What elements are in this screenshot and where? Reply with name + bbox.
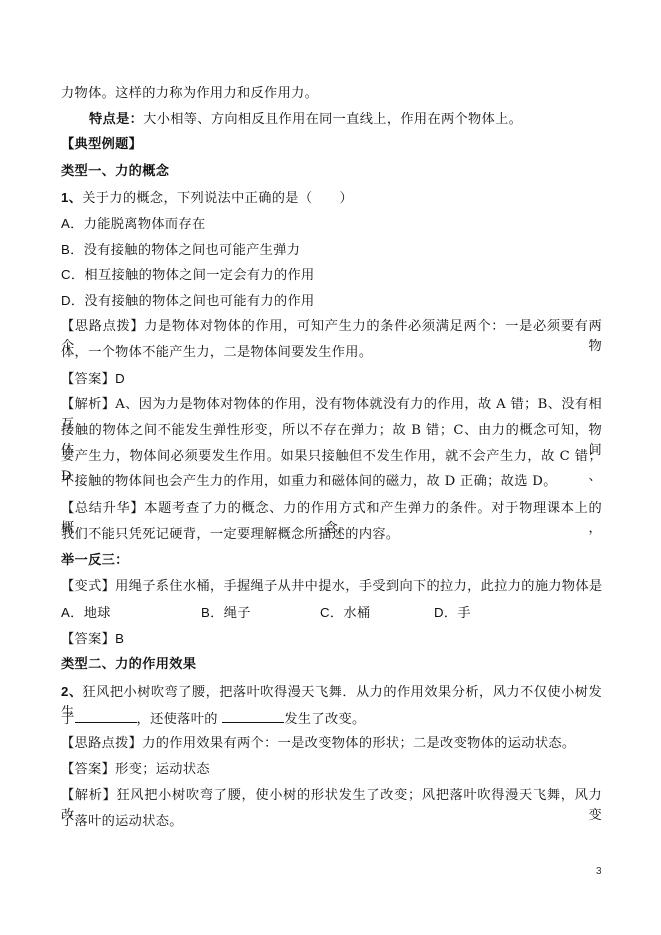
option-label: D． bbox=[61, 293, 84, 308]
option-label: C． bbox=[61, 267, 84, 282]
answer-value: D bbox=[115, 371, 125, 386]
option-c: C．相互接触的物体之间一定会有力的作用 bbox=[61, 265, 602, 286]
question-number: 2、 bbox=[61, 684, 83, 699]
option-b: B．没有接触的物体之间也可能产生弹力 bbox=[61, 240, 602, 261]
variant-option-a: A．地球 bbox=[61, 603, 111, 624]
hint-tag: 【思路点拨】 bbox=[61, 319, 144, 334]
question-text: 了 bbox=[61, 712, 75, 727]
question-text: ，还使落叶的 bbox=[137, 712, 223, 727]
option-text: 地球 bbox=[84, 606, 111, 621]
summary-tag: 【总结升华】 bbox=[61, 501, 144, 516]
variant-line: 【变式】用绳子系住水桶，手握绳子从井中提水，手受到向下的拉力，此拉力的施力物体是 bbox=[61, 577, 602, 597]
question-2-line-2: 了，还使落叶的 发生了改变。 bbox=[61, 708, 602, 730]
type2-heading: 类型二、力的作用效果 bbox=[61, 655, 602, 675]
blank-2[interactable] bbox=[222, 708, 284, 723]
document-page: 力物体。这样的力称为作用力和反作用力。 特点是：大小相等、方向相反且作用在同一直… bbox=[0, 0, 661, 935]
question-stem: 关于力的概念，下列说法中正确的是（ ） bbox=[82, 191, 353, 206]
analysis-2-line-2: 了落叶的运动状态。 bbox=[61, 812, 602, 832]
intro-text: 力物体。这样的力称为作用力和反作用力。 bbox=[61, 86, 318, 101]
type1-heading: 类型一、力的概念 bbox=[61, 162, 602, 182]
answer-tag: 【答案】 bbox=[61, 762, 115, 777]
feature-line: 特点是：大小相等、方向相反且作用在同一直线上，作用在两个物体上。 bbox=[89, 110, 630, 130]
option-label: B． bbox=[61, 242, 84, 257]
option-text: 没有接触的物体之间也可能产生弹力 bbox=[84, 243, 301, 258]
answer-value: B bbox=[115, 631, 124, 646]
answer-line: 【答案】D bbox=[61, 369, 602, 390]
summary-line-2: 我们不能只凭死记硬背，一定要理解概念所描述的内容。 bbox=[61, 525, 602, 545]
variant-stem: 用绳子系住水桶，手握绳子从井中提水，手受到向下的拉力，此拉力的施力物体是 bbox=[115, 579, 602, 594]
option-text: 手 bbox=[457, 606, 471, 621]
option-d: D．没有接触的物体之间也可能有力的作用 bbox=[61, 291, 602, 312]
question-number: 1、 bbox=[61, 190, 82, 205]
hint-tag: 【思路点拨】 bbox=[61, 736, 142, 751]
variant-tag: 【变式】 bbox=[61, 579, 115, 594]
answer-2-line: 【答案】形变；运动状态 bbox=[61, 760, 602, 780]
option-a: A．力能脱离物体而存在 bbox=[61, 214, 602, 235]
hint-line-2: 体，一个物体不能产生力，二是物体间要发生作用。 bbox=[61, 343, 602, 363]
option-text: 绳子 bbox=[224, 606, 251, 621]
option-label: A． bbox=[61, 216, 84, 231]
section-heading: 【典型例题】 bbox=[61, 135, 602, 155]
variant-answer-line: 【答案】B bbox=[61, 629, 602, 650]
option-text: 没有接触的物体之间也可能有力的作用 bbox=[84, 294, 314, 309]
feature-text: 大小相等、方向相反且作用在同一直线上，作用在两个物体上。 bbox=[143, 112, 522, 127]
option-label: C． bbox=[320, 605, 343, 620]
variant-option-d: D．手 bbox=[434, 603, 471, 624]
page-number: 3 bbox=[596, 866, 602, 877]
answer-tag: 【答案】 bbox=[61, 372, 115, 387]
option-text: 水桶 bbox=[343, 606, 370, 621]
option-label: D． bbox=[434, 605, 457, 620]
analysis-tag: 【解析】 bbox=[61, 788, 117, 803]
blank-1[interactable] bbox=[75, 708, 137, 723]
analysis-tag: 【解析】 bbox=[61, 397, 115, 412]
analysis-line-4: 不接触的物体间也会产生力的作用，如重力和磁体间的磁力，故 D 正确；故选 D。 bbox=[61, 472, 602, 492]
hint-2-line: 【思路点拨】力的作用效果有两个：一是改变物体的形状；二是改变物体的运动状态。 bbox=[61, 734, 602, 754]
answer-tag: 【答案】 bbox=[61, 632, 115, 647]
question-1-stem: 1、关于力的概念，下列说法中正确的是（ ） bbox=[61, 188, 602, 209]
question-text: 发生了改变。 bbox=[284, 712, 365, 727]
option-text: 相互接触的物体之间一定会有力的作用 bbox=[84, 268, 314, 283]
option-label: A． bbox=[61, 605, 84, 620]
option-label: B． bbox=[201, 605, 224, 620]
feature-label: 特点是： bbox=[89, 112, 143, 127]
option-text: 力能脱离物体而存在 bbox=[84, 217, 206, 232]
variant-option-c: C．水桶 bbox=[320, 603, 371, 624]
variant-option-b: B．绳子 bbox=[201, 603, 251, 624]
hint-text: 力的作用效果有两个：一是改变物体的形状；二是改变物体的运动状态。 bbox=[142, 736, 575, 751]
practice-heading: 举一反三： bbox=[61, 551, 602, 571]
intro-line: 力物体。这样的力称为作用力和反作用力。 bbox=[61, 84, 602, 104]
answer-value: 形变；运动状态 bbox=[115, 762, 210, 777]
